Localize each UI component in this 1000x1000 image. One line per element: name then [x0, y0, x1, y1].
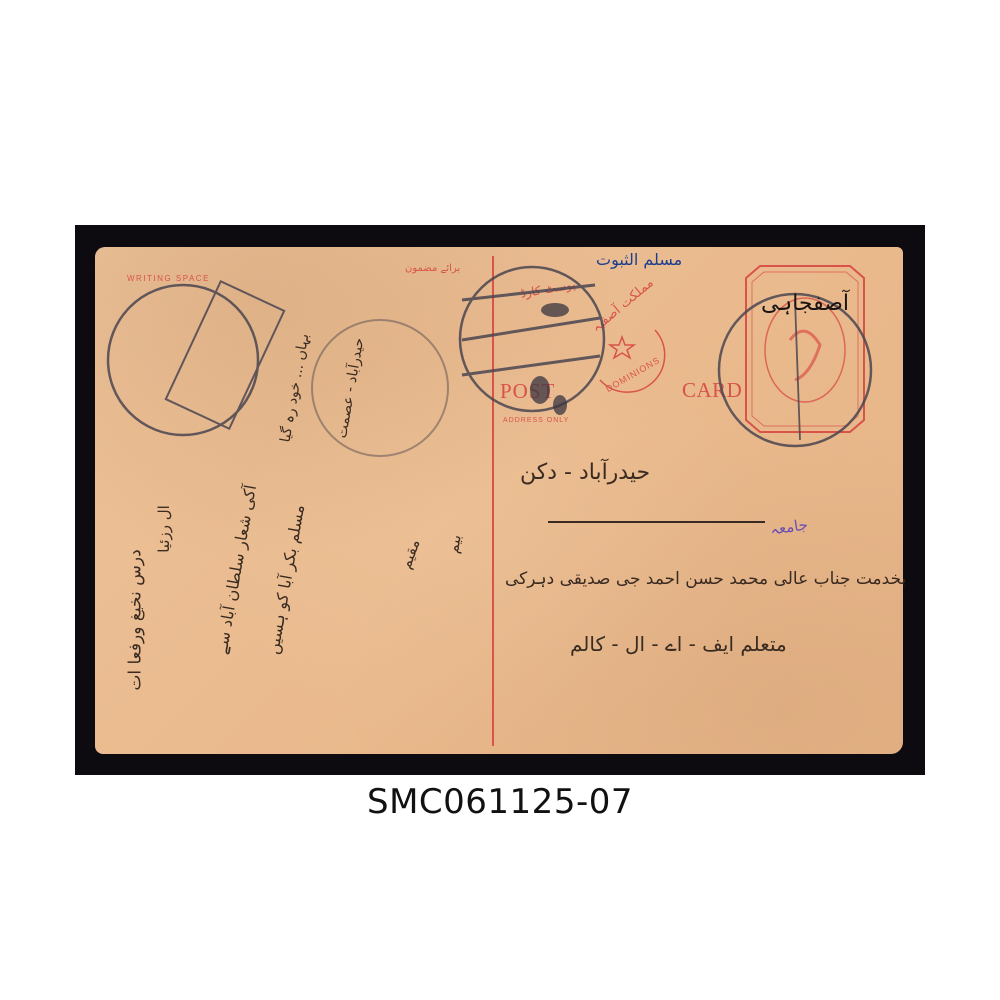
postmarks — [108, 267, 871, 456]
postcard-graphics: آصفجاہی — [0, 0, 1000, 1000]
overprint-text: آصفجاہی — [761, 289, 850, 316]
crescent-star-emblem — [600, 330, 665, 392]
catalog-label: SMC061125-07 — [0, 782, 1000, 822]
postmark-middle — [312, 320, 448, 456]
